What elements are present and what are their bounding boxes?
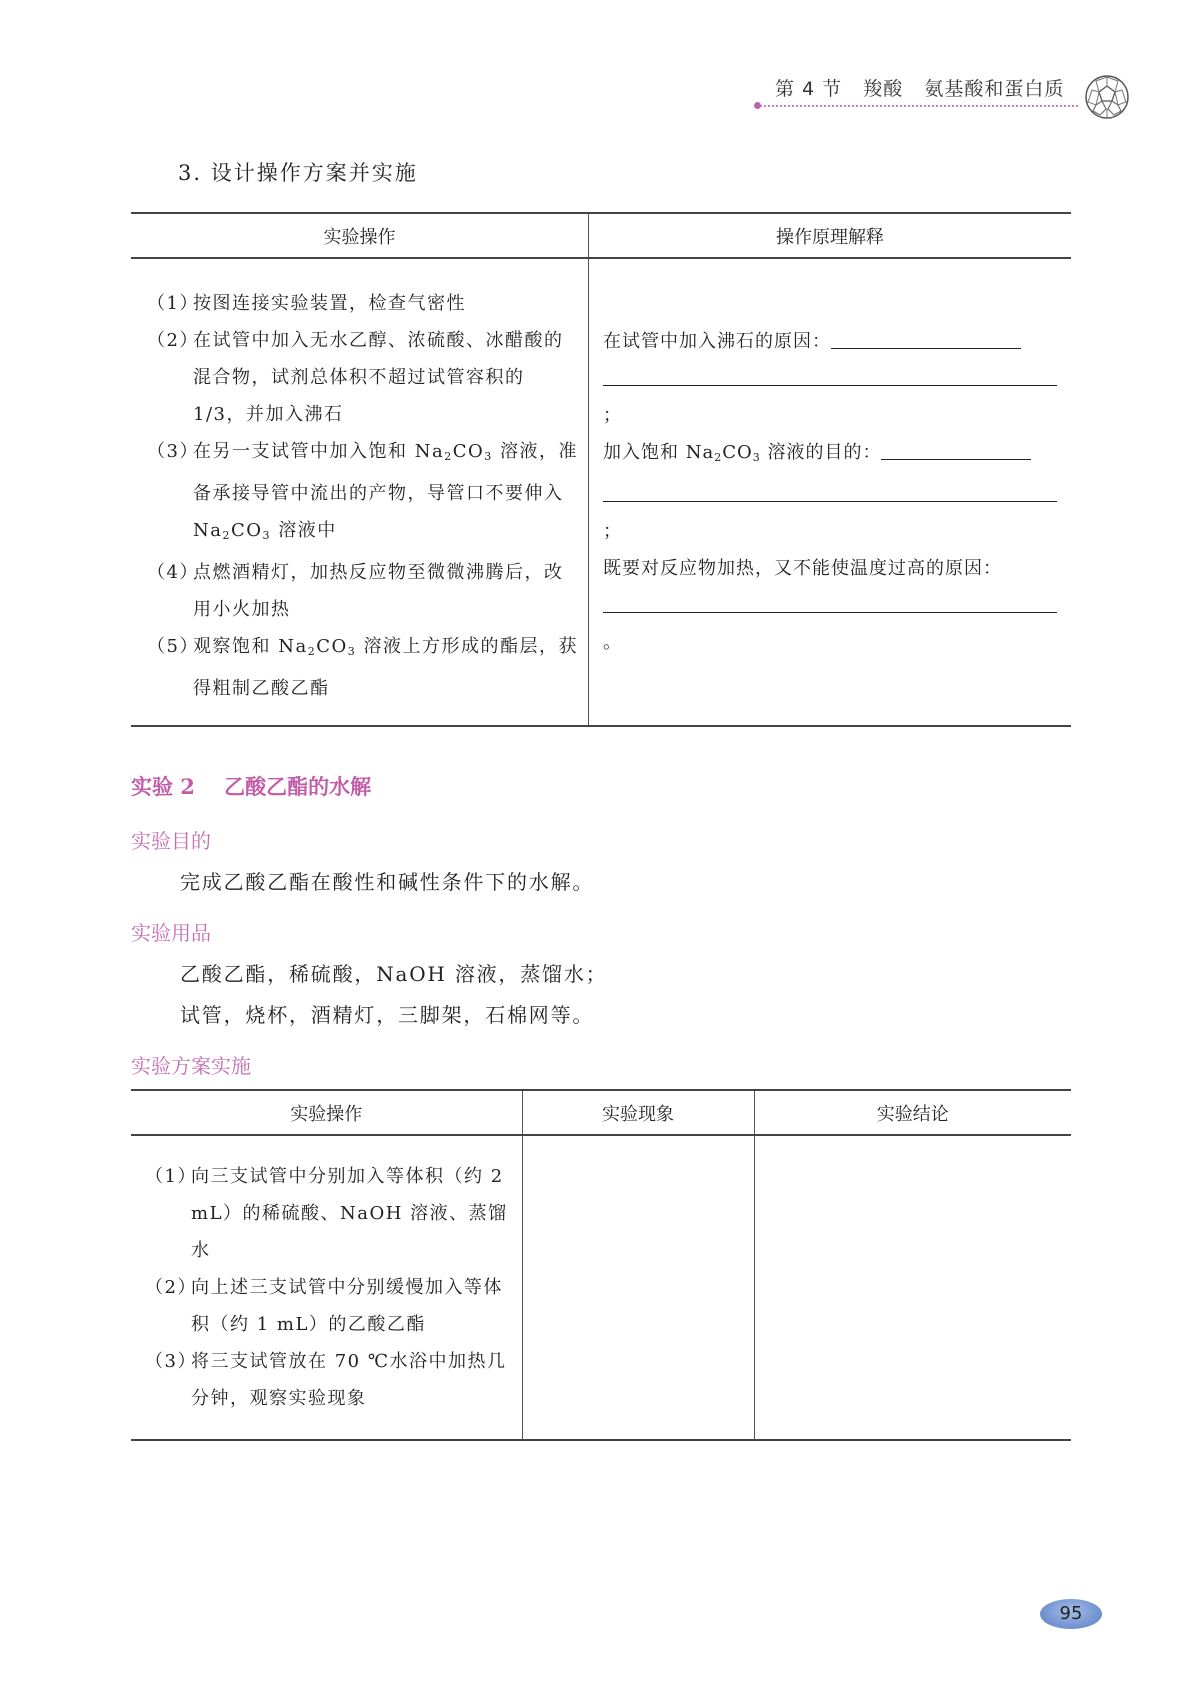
operation-step-5: （5）观察饱和 Na2CO3 溶液上方形成的酯层，获得粗制乙酸乙酯 bbox=[147, 628, 578, 707]
operations-cell: （1）按图连接实验装置，检查气密性 （2）在试管中加入无水乙醇、浓硫酸、冰醋酸的… bbox=[131, 258, 589, 726]
answer-blank-1b[interactable] bbox=[603, 365, 1057, 386]
purpose-text: 完成乙酸乙酯在酸性和碱性条件下的水解。 bbox=[180, 866, 594, 895]
step-title: 3. 设计操作方案并实施 bbox=[178, 157, 418, 187]
operation-step-4: （4）点燃酒精灯，加热反应物至微微沸腾后，改用小火加热 bbox=[147, 554, 578, 628]
phenomenon-cell[interactable] bbox=[522, 1135, 754, 1440]
operation-step-2: （2）向上述三支试管中分别缓慢加入等体积（约 1 mL）的乙酸乙酯 bbox=[145, 1269, 512, 1343]
explanations-cell: 在试管中加入沸石的原因： ； 加入饱和 Na2CO3 溶液的目的： ； 既要对反… bbox=[589, 258, 1072, 726]
operation-step-3: （3）将三支试管放在 70 ℃水浴中加热几分钟，观察实验现象 bbox=[145, 1343, 512, 1417]
column-header-principle: 操作原理解释 bbox=[589, 213, 1072, 258]
page-number-badge: 95 bbox=[1040, 1599, 1102, 1629]
materials-chemicals: 乙酸乙酯，稀硫酸，NaOH 溶液，蒸馏水； bbox=[180, 958, 607, 987]
experiment-2-title: 实验 2 乙酸乙酯的水解 bbox=[131, 771, 371, 801]
explanation-boiling-stone: 在试管中加入沸石的原因： bbox=[603, 323, 1057, 360]
answer-blank-2a[interactable] bbox=[881, 439, 1031, 460]
answer-blank-1a[interactable] bbox=[831, 328, 1021, 349]
plan-heading: 实验方案实施 bbox=[131, 1050, 251, 1079]
column-header-operation: 实验操作 bbox=[131, 1090, 522, 1135]
operation-principle-table: 实验操作 操作原理解释 （1）按图连接实验装置，检查气密性 （2）在试管中加入无… bbox=[131, 212, 1071, 727]
conclusion-cell[interactable] bbox=[754, 1135, 1071, 1440]
header-dotted-rule bbox=[760, 105, 1078, 107]
operation-step-3: （3）在另一支试管中加入饱和 Na2CO3 溶液，准备承接导管中流出的产物，导管… bbox=[147, 433, 578, 554]
materials-equipment: 试管，烧杯，酒精灯，三脚架，石棉网等。 bbox=[180, 999, 594, 1028]
column-header-phenomenon: 实验现象 bbox=[522, 1090, 754, 1135]
operations-cell: （1）向三支试管中分别加入等体积（约 2 mL）的稀硫酸、NaOH 溶液、蒸馏水… bbox=[131, 1135, 522, 1440]
column-header-operation: 实验操作 bbox=[131, 213, 589, 258]
explanation-sodium-carbonate: 加入饱和 Na2CO3 溶液的目的： bbox=[603, 434, 1057, 476]
column-header-conclusion: 实验结论 bbox=[754, 1090, 1071, 1135]
operation-step-2: （2）在试管中加入无水乙醇、浓硫酸、冰醋酸的混合物，试剂总体积不超过试管容积的 … bbox=[147, 322, 578, 433]
answer-blank-3[interactable] bbox=[603, 592, 1057, 613]
operation-step-1: （1）按图连接实验装置，检查气密性 bbox=[147, 285, 578, 322]
fullerene-molecule-icon bbox=[1082, 72, 1132, 122]
purpose-heading: 实验目的 bbox=[131, 825, 211, 854]
operation-step-1: （1）向三支试管中分别加入等体积（约 2 mL）的稀硫酸、NaOH 溶液、蒸馏水 bbox=[145, 1158, 512, 1269]
hydrolysis-experiment-table: 实验操作 实验现象 实验结论 （1）向三支试管中分别加入等体积（约 2 mL）的… bbox=[131, 1089, 1071, 1441]
explanation-temperature: 既要对反应物加热，又不能使温度过高的原因： bbox=[603, 550, 1057, 587]
running-header-title: 第 4 节 羧酸 氨基酸和蛋白质 bbox=[775, 74, 1064, 101]
answer-blank-2b[interactable] bbox=[603, 481, 1057, 502]
materials-heading: 实验用品 bbox=[131, 917, 211, 946]
